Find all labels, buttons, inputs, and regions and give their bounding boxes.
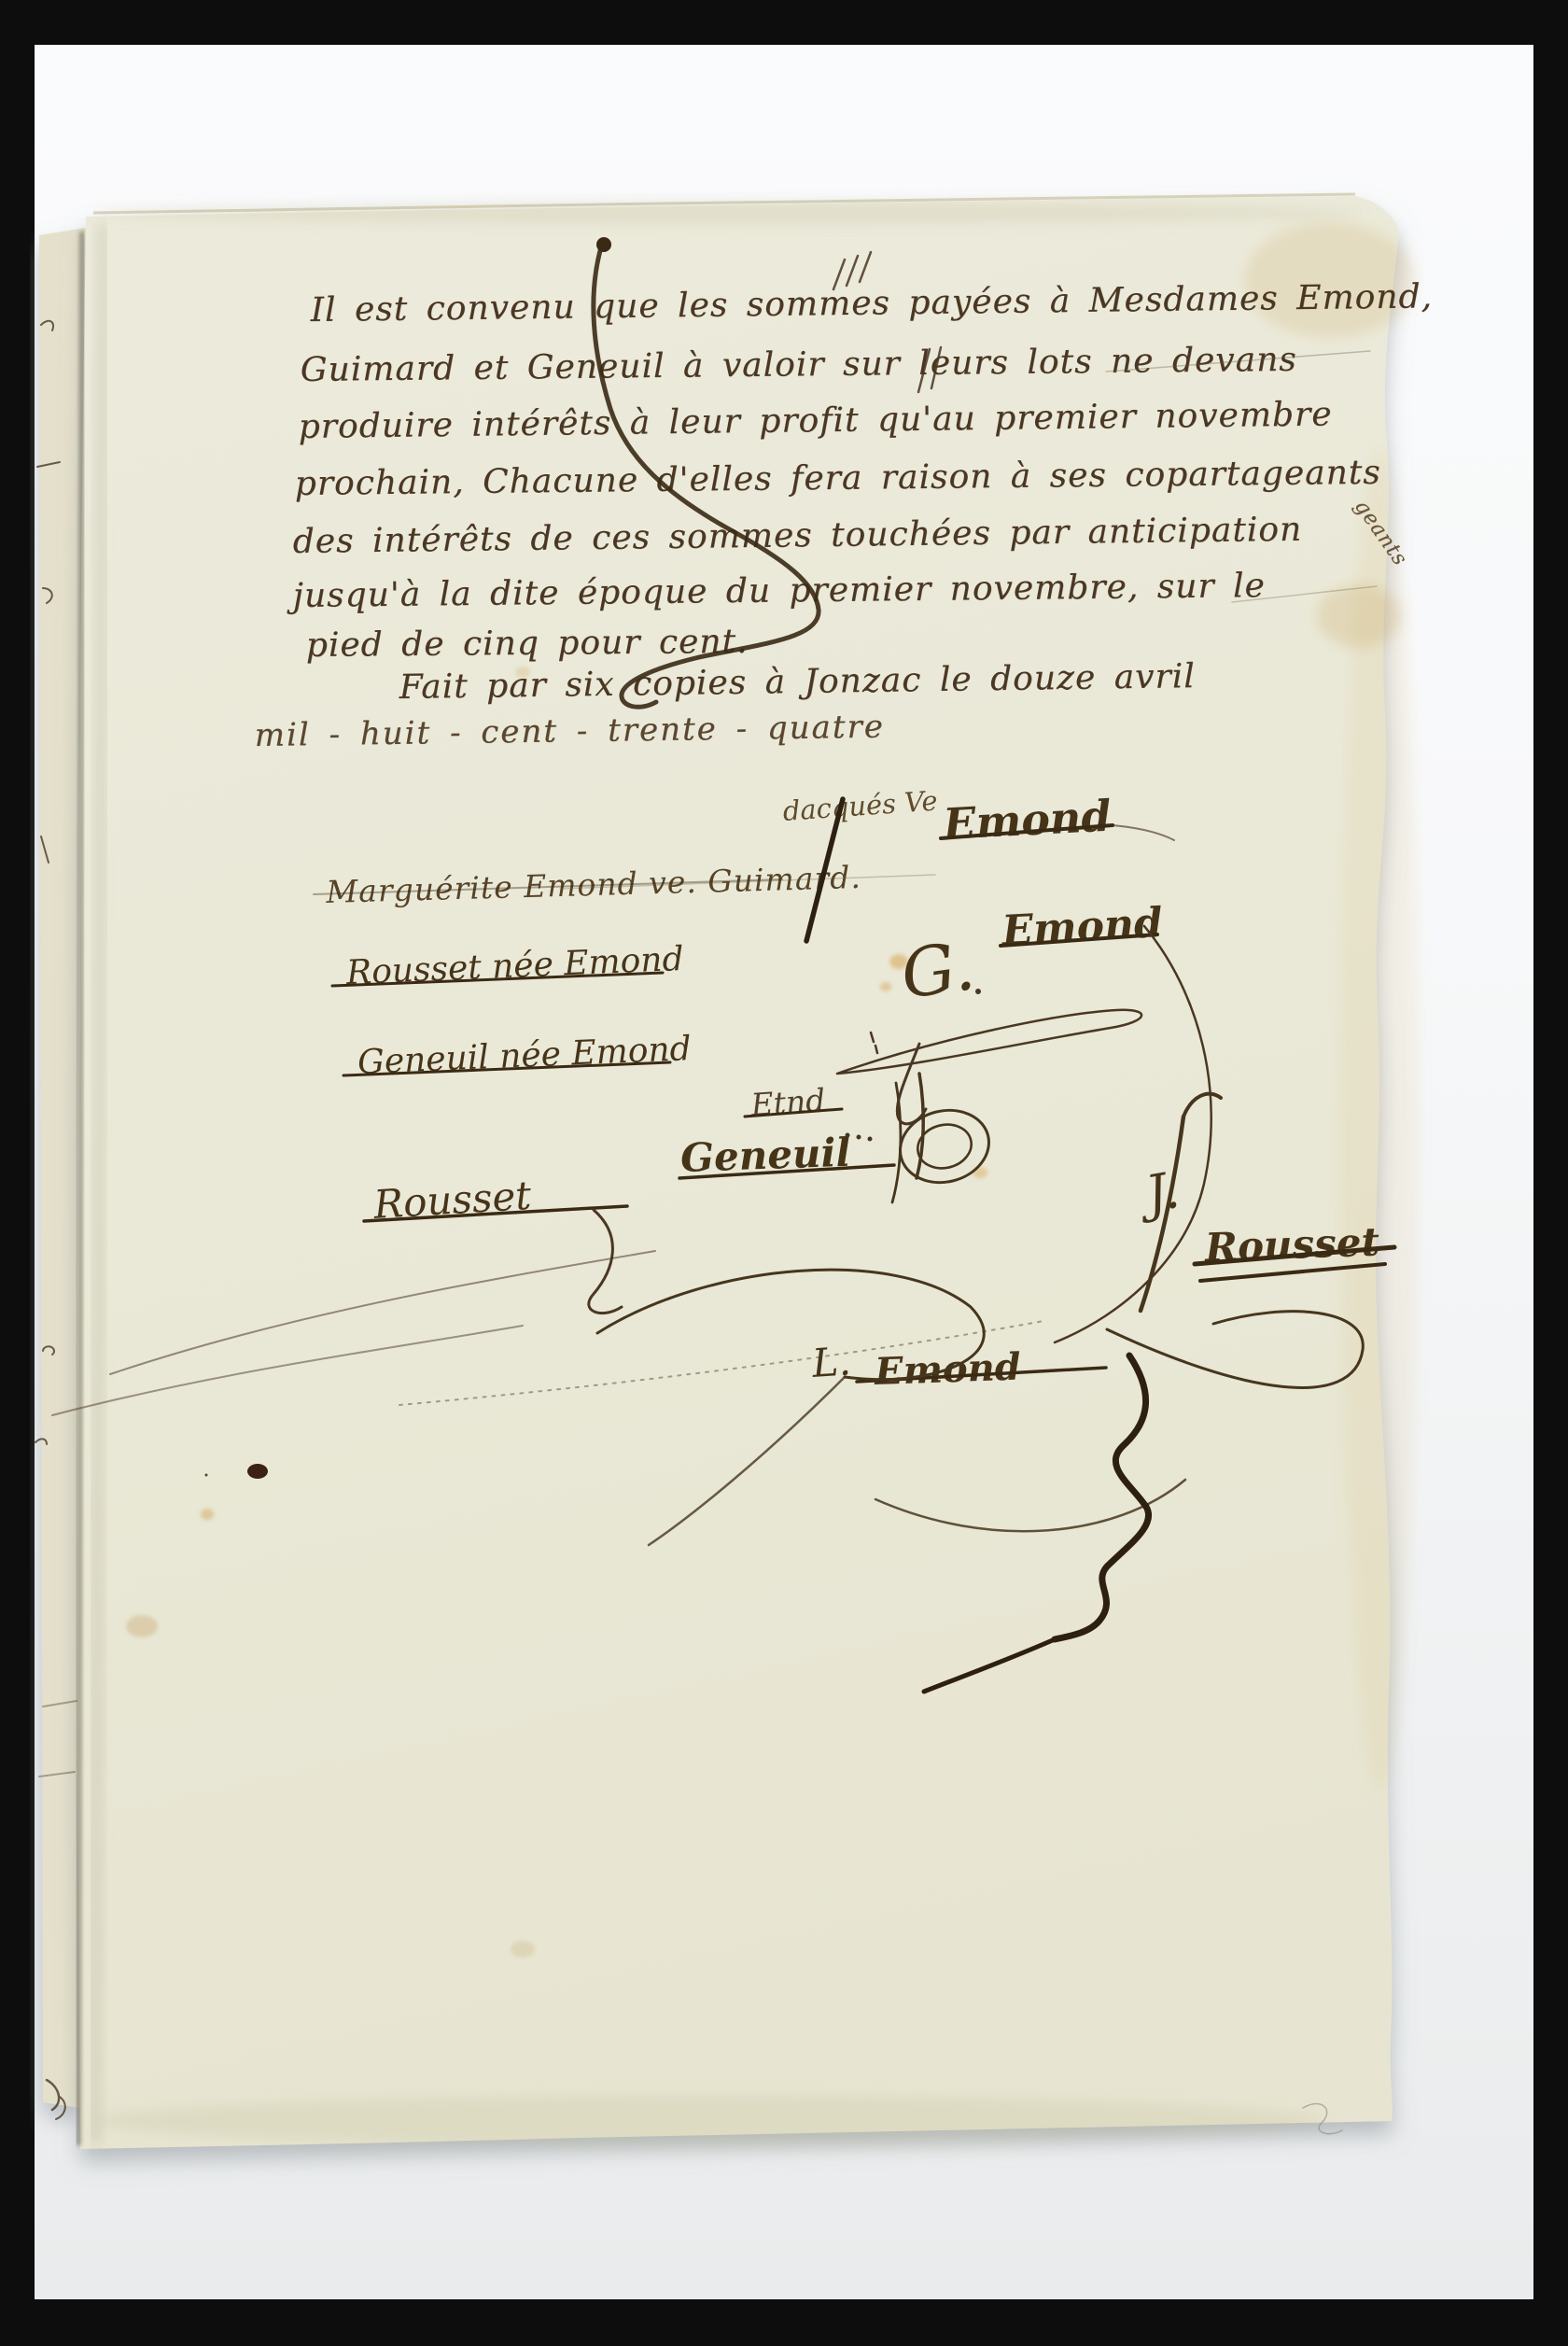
scan-stage: Il est convenu que les sommes payées à M…: [0, 0, 1568, 2346]
body-line: pied de cinq pour cent.: [306, 623, 749, 665]
signature-geneuil-center: Geneuil: [679, 1130, 851, 1181]
signature-veuve-emond-name: Emond: [942, 791, 1113, 850]
signature-rousset-left: Rousset: [372, 1173, 532, 1228]
signature-j-rousset-name: Rousset: [1204, 1219, 1379, 1271]
signature-geneuil-flourish-word: Etnd: [749, 1082, 826, 1123]
signature-l-emond-initial: L.: [811, 1338, 853, 1386]
signature-g-emond-name: Emond: [1001, 899, 1164, 955]
signature-l-emond-name: Emond: [874, 1345, 1021, 1394]
signature-g-emond-initial: G.: [896, 926, 979, 1014]
